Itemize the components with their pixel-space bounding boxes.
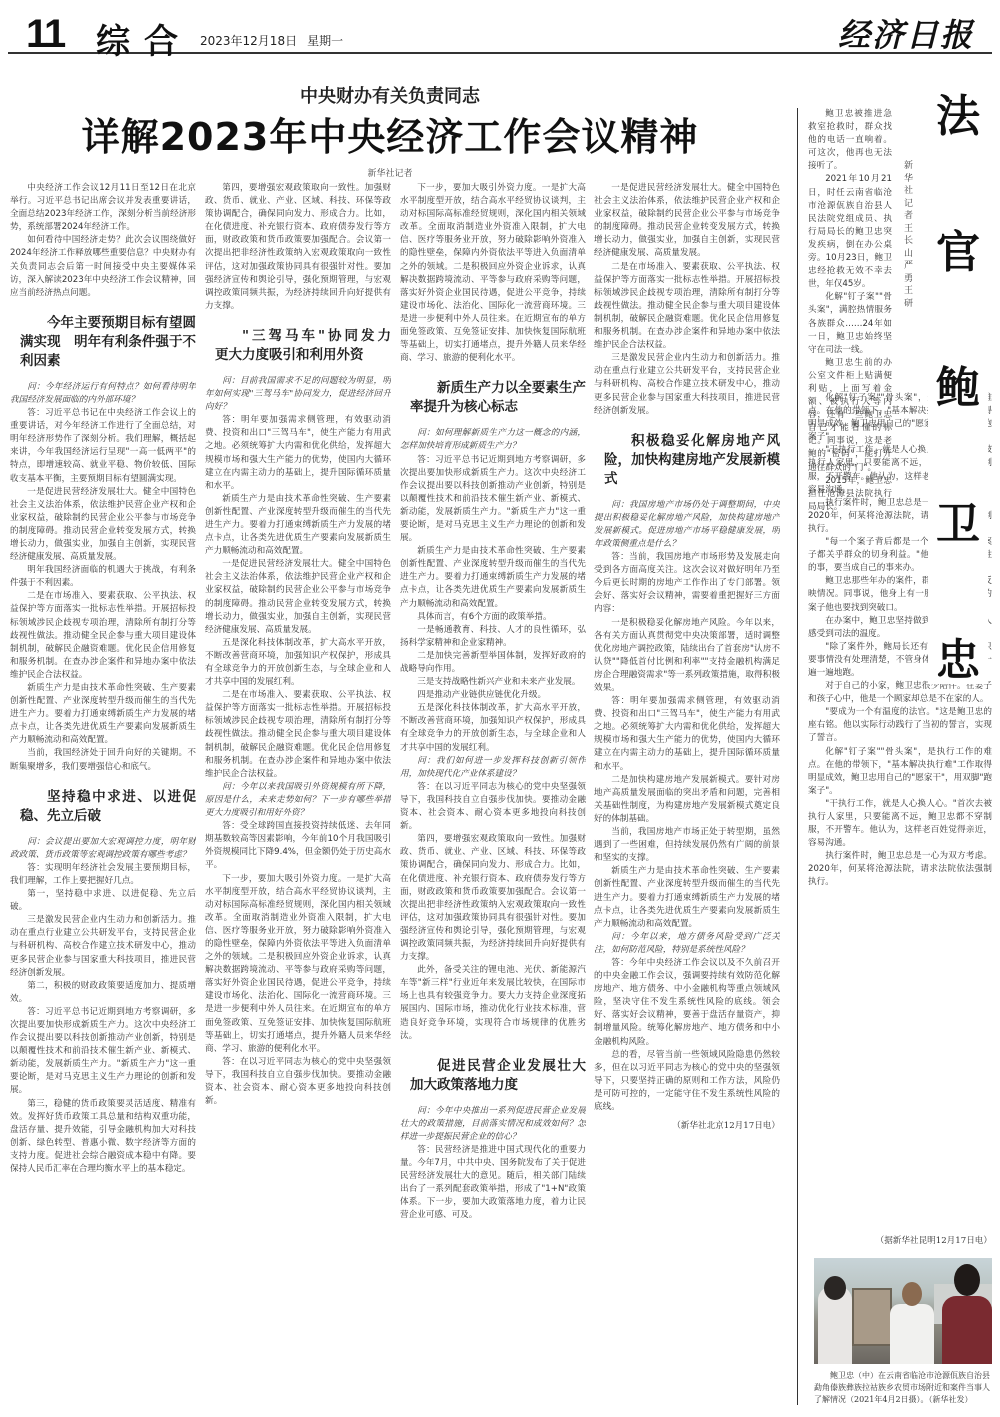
answer-paragraph: 总的看，尽管当前一些领域风险隐患仍然较多，但在以习近平同志为核心的党中央的坚强领… [594,1049,780,1114]
article-column-1: 中央经济工作会议12月11日至12日在北京举行。习近平总书记出席会议并发表重要讲… [10,182,196,1409]
question-paragraph: 问：我国房地产市场仍处于调整期间，中央提出积极稳妥化解房地产风险，加快构建房地产… [594,499,780,551]
question-paragraph: 问：今年以来我国吸引外资规模有所下降，原因是什么，未来走势如何？下一步有哪些举措… [205,781,391,820]
answer-paragraph: 三是激发民营企业内生动力和创新活力。推动在重点行业建立公共研发平台，支持民营企业… [10,914,196,979]
answer-paragraph: 新质生产力是由技术革命性突破、生产要素创新性配置、产业深度转型升级而催生的当代先… [205,493,391,558]
photo-door-shape [852,1288,892,1346]
answer-paragraph: 答：在以习近平同志为核心的党中央坚强领导下，我国科技自立自强步伐加快。要推动金融… [400,781,586,833]
side-article-byline: 新华社记者 王长山 严勇 王研 [904,160,918,310]
answer-paragraph: 具体而言，有6个方面的政策举措。 [400,611,586,624]
question-paragraph: 问：今年以来，地方债务风险受到广泛关注，如何防范风险，特别是系统性风险？ [594,931,780,957]
answer-paragraph: 此外，备受关注的锂电池、光伏、新能源汽车等"新三样"行业近年来发展比较快，在国际… [400,964,586,1043]
photo-person-center [890,1304,934,1364]
section-heading: 坚持稳中求进、以进促稳、先立后破 [10,788,196,826]
answer-paragraph: 第三，稳健的货币政策要灵活适度、精准有效。发挥好货币政策工具总量和结构双重功能，… [10,1098,196,1177]
side-paragraph: 化解"钉子案""骨头案"，满腔热情服务各族群众……24年如一日，鲍卫忠始终坚守在… [808,291,892,356]
photo-person-left-head [824,1276,846,1300]
article-dateline: （新华社北京12月17日电） [594,1120,780,1133]
issue-date: 2023年12月18日星期一 [200,32,343,49]
answer-paragraph: 第四，要增强宏观政策取向一致性。加强财政、货币、就业、产业、区域、科技、环保等政… [400,833,586,964]
title-char: 卫 [928,488,988,624]
photo-person-right-head [954,1264,980,1296]
answer-paragraph: 一是畅通教育、科技、人才的良性循环，弘扬科学家精神和企业家精神。 [400,624,586,650]
answer-paragraph: 一是促进民营经济发展壮大。健全中国特色社会主义法治体系，依法维护民营企业产权和企… [10,486,196,565]
column-divider [797,108,798,1405]
answer-paragraph: 二是在市场准入、要素获取、公平执法、权益保护等方面落实一批标志性举措。开展招标投… [594,261,780,353]
answer-paragraph: 答：习近平总书记近期到地方考察调研，多次提出要加快形成新质生产力。这次中央经济工… [400,454,586,546]
answer-paragraph: 答：在以习近平同志为核心的党中央坚强领导下，我国科技自立自强步伐加快。要推动金融… [205,1056,391,1108]
article-byline: 新华社记者 [0,166,780,179]
side-paragraph: 执行案件时，鲍卫忠总是一心为双方考虑。2020年，何某将沧源法院，请求法院依法强… [808,850,992,889]
side-paragraph: "要成为一个有温度的法官。"这是鲍卫忠的座右铭。他以实际行动践行了当初的誓言，实… [808,706,992,745]
question-paragraph: 问：目前我国需求不足的问题较为明显，明年如何实现"三驾马车"协同发力，促进经济回… [205,375,391,414]
section-heading: 促进民营企业发展壮大 加大政策落地力度 [400,1057,586,1095]
question-paragraph: 问：我们如何进一步发挥科技创新引领作用，加快现代化产业体系建设？ [400,755,586,781]
side-article-dateline: （据新华社昆明12月17日电） [808,1234,992,1246]
weekday-text: 星期一 [307,34,343,48]
page-number: 11 [26,12,64,57]
answer-paragraph: 下一步，要加大吸引外资力度。一是扩大高水平制度型开放，结合高水平经贸协议谈判，主… [205,873,391,1056]
answer-paragraph: 答：明年要加强需求侧管理，有效驱动消费、投资和出口"三驾马车"，使生产能力有用武… [205,414,391,493]
answer-paragraph: 答：明年要加强需求侧管理，有效驱动消费、投资和出口"三驾马车"，使生产能力有用武… [594,695,780,774]
side-paragraph: "干执行工作，就是人心换人心。"首次去被执行人家里，只要能离不远，鲍卫忠都不穿制… [808,798,992,850]
answer-paragraph: 当前，我国房地产市场正处于转型期，虽然遇到了一些困难，但持续发展仍然有广阔的前景… [594,826,780,865]
answer-paragraph: 二是加快完善新型举国体制，发挥好政府的战略导向作用。 [400,650,586,676]
answer-paragraph: 一是促进民营经济发展壮大。健全中国特色社会主义法治体系，依法维护民营企业产权和企… [205,558,391,637]
side-article-title: 法 官 [928,80,988,352]
answer-paragraph: 答：今年中央经济工作会议以及不久前召开的中央金融工作会议，强调要持续有效防范化解… [594,957,780,1049]
side-paragraph: 化解"钉子案""骨头案"，是执行工作的难点。在他的带领下，"基本解决执行难"工作… [808,746,992,798]
answer-paragraph: 一是积极稳妥化解房地产风险。今年以来，各有关方面认真贯彻党中央决策部署，适时调整… [594,617,780,696]
masthead: 11 综合 2023年12月18日星期一 经济日报 [8,8,992,54]
answer-paragraph: 五是深化科技体制改革，扩大高水平开放，不断改善营商环境，加强知识产权保护，形成具… [205,637,391,689]
answer-paragraph: 五是深化科技体制改革，扩大高水平开放，不断改善营商环境，加强知识产权保护，形成具… [400,702,586,754]
paper-logo: 经济日报 [838,10,974,56]
answer-paragraph: 新质生产力是由技术革命性突破、生产要素创新性配置、产业深度转型升级而催生的当代先… [10,682,196,747]
answer-paragraph: 新质生产力是由技术革命性突破、生产要素创新性配置、产业深度转型升级而催生的当代先… [594,865,780,930]
answer-paragraph: 答：习近平总书记在中央经济工作会议上的重要讲话，对今年经济工作进行了全面总结，对… [10,407,196,486]
answer-paragraph: 二是加快构建房地产发展新模式。要针对房地产高质量发展面临的突出矛盾和问题，完善相… [594,774,780,826]
answer-paragraph: 新质生产力是由技术革命性突破、生产要素创新性配置、产业深度转型升级而催生的当代先… [400,545,586,610]
answer-paragraph: 三是激发民营企业内生动力和创新活力。推动在重点行业建立公共研发平台，支持民营企业… [594,352,780,417]
answer-paragraph: 答：受全球跨国直接投资持续低迷、去年同期基数较高等因素影响，今年前10个月我国吸… [205,820,391,872]
question-paragraph: 问：今年中央推出一系列促进民营企业发展壮大的政策措施，目前落实情况和成效如何？怎… [400,1105,586,1144]
question-paragraph: 问：会议提出要加大宏观调控力度，明年财政政策、货币政策等宏观调控政策有哪些考虑？ [10,836,196,862]
section-heading: "三驾马车"协同发力 更大力度吸引和利用外资 [205,327,391,365]
answer-paragraph: 答：民营经济是推进中国式现代化的重要力量。今年7月，中共中央、国务院发布了关于促… [400,1144,586,1223]
section-heading: 今年主要预期目标有望圆满实现 明年有利条件强于不利因素 [10,314,196,371]
article-column-3: 下一步，要加大吸引外资力度。一是扩大高水平制度型开放，结合高水平经贸协议谈判，主… [400,182,586,1409]
answer-paragraph: 第一，坚持稳中求进、以进促稳、先立后破。 [10,888,196,914]
intro-paragraph: 中央经济工作会议12月11日至12日在北京举行。习近平总书记出席会议并发表重要讲… [10,182,196,234]
answer-paragraph: 三是支持战略性新兴产业和未来产业发展。 [400,676,586,689]
section-name: 综合 [96,14,192,63]
answer-paragraph: 一是促进民营经济发展壮大。健全中国特色社会主义法治体系，依法维护民营企业产权和企… [594,182,780,261]
answer-paragraph: 二是在市场准入、要素获取、公平执法、权益保护等方面落实一批标志性举措。开展招标投… [10,590,196,682]
article-column-4: 一是促进民营经济发展壮大。健全中国特色社会主义法治体系，依法维护民营企业产权和企… [594,182,780,1409]
answer-paragraph: 明年我国经济面临的机遇大于挑战，有利条件强于不利因素。 [10,564,196,590]
photo-caption: 鲍卫忠（中）在云南省临沧市沧源佤族自治县勐角傣族彝族拉祜族乡农贸市场附近和案件当… [814,1370,992,1406]
article-kicker: 中央财办有关负责同志 [0,82,780,108]
side-paragraph: 2021年10月21日，时任云南省临沧市沧源佤族自治县人民法院党组成员、执行局局… [808,173,892,291]
question-paragraph: 问：今年经济运行有何特点？如何看待明年我国经济发展面临的内外部环境？ [10,381,196,407]
photo-person-right [942,1296,992,1364]
article-column-2: 第四，要增强宏观政策取向一致性。加强财政、货币、就业、产业、区域、科技、环保等政… [205,182,391,1409]
answer-paragraph: 二是在市场准入、要素获取、公平执法、权益保护等方面落实一批标志性举措。开展招标投… [205,689,391,781]
title-char: 官 [928,216,988,352]
answer-paragraph: 第二，积极的财政政策要适度加力、提质增效。 [10,980,196,1006]
answer-paragraph: 四是推动产业链供应链优化升级。 [400,689,586,702]
page-title: 详解2023年中央经济工作会议精神 [0,106,780,161]
title-char: 鲍 [928,352,988,488]
date-text: 2023年12月18日 [200,34,297,48]
section-heading: 新质生产力以全要素生产率提升为核心标志 [400,379,586,417]
photo-person-center-head [902,1282,922,1306]
title-char: 法 [928,80,988,216]
side-article-title-lower: 鲍 卫 忠 [928,352,988,684]
news-photo [814,1258,992,1364]
intro-paragraph: 如何看待中国经济走势？此次会议围绕做好2024年经济工作释放哪些重要信息？中央财… [10,234,196,299]
side-paragraph: 鲍卫忠被推进急救室抢救时，群众找他的电话一直响着。可这次，他再也无法接听了。 [808,108,892,173]
answer-paragraph: 当前，我国经济处于回升向好的关键期。不断集聚增多，我们要增强信心和底气。 [10,747,196,773]
section-heading: 积极稳妥化解房地产风险，加快构建房地产发展新模式 [594,432,780,489]
answer-paragraph: 答：当前，我国房地产市场形势及发展走向受到各方面高度关注。这次会议对做好明年乃至… [594,551,780,616]
answer-paragraph: 第四，要增强宏观政策取向一致性。加强财政、货币、就业、产业、区域、科技、环保等政… [205,182,391,313]
answer-paragraph: 下一步，要加大吸引外资力度。一是扩大高水平制度型开放，结合高水平经贸协议谈判，主… [400,182,586,365]
title-char: 忠 [928,624,988,684]
question-paragraph: 问：如何理解新质生产力这一概念的内涵，怎样加快培育形成新质生产力？ [400,427,586,453]
answer-paragraph: 答：习近平总书记近期到地方考察调研，多次提出要加快形成新质生产力。这次中央经济工… [10,1006,196,1098]
answer-paragraph: 答：实现明年经济社会发展主要预期目标，我们理解，工作上要把握好几点。 [10,862,196,888]
